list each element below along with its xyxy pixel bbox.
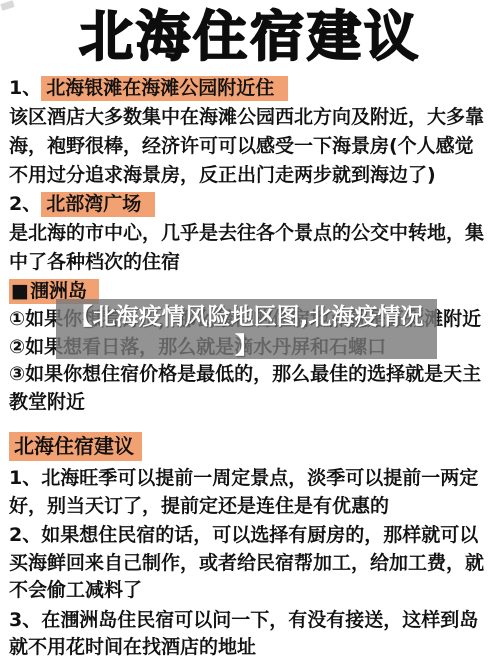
item1-heading-line: 1、北海银滩在海滩公园附近住 [9, 74, 491, 103]
booking-tip-1: 1、北海旺季可以提前一周定景点，淡季可以提前一两定好，别当天订了，提前定还是连住… [9, 465, 491, 520]
accommodation-notes: 1、北海银滩在海滩公园附近住 该区酒店大多数集中在海滩公园西北方向及附近，大多靠… [0, 68, 500, 416]
weizhou-tip-cheap: ③如果你想住宿价格是最低的，那么最佳的选择就是天主教堂附近 [9, 361, 491, 416]
weizhou-tips: ①如果你想看日出，那么最佳的住宿地点就是五彩滩附近 ②如果想看日落，那么就是滴水… [9, 306, 491, 416]
booking-tips-section: 北海住宿建议 1、北海旺季可以提前一周定景点，淡季可以提前一两定好，别当天订了，… [0, 432, 500, 662]
item1-number: 1、 [9, 77, 41, 99]
item1-heading-highlight: 北海银滩在海滩公园附近住 [41, 76, 288, 101]
weizhou-heading-highlight: ■涠洲岛 [9, 279, 99, 304]
item1-body: 该区酒店大多数集中在海滩公园西北方向及附近，大多靠海，袍野很棒，经济许可可以感受… [9, 103, 491, 190]
note-page: 北海住宿建议 1、北海银滩在海滩公园附近住 该区酒店大多数集中在海滩公园西北方向… [0, 0, 500, 666]
booking-tip-2: 2、如果想住民宿的话，可以选择有厨房的，那样就可以买海鲜回来自己制作，或者给民宿… [9, 522, 491, 605]
page-title: 北海住宿建议 [0, 6, 500, 68]
square-bullet-icon: ■ [11, 280, 29, 302]
weizhou-heading-line: ■涠洲岛 [9, 277, 491, 306]
item2-heading-line: 2、北部湾广场 [9, 190, 491, 219]
item2-number: 2、 [9, 193, 41, 215]
weizhou-tip-sunset: ②如果想看日落，那么就是滴水丹屏和石螺口 [9, 334, 491, 362]
item2-heading-highlight: 北部湾广场 [41, 192, 155, 217]
item2-body: 是北海的市中心，几乎是去往各个景点的公交中转地，集中了各种档次的住宿 [9, 219, 491, 277]
booking-tip-3: 3、在涠洲岛住民宿可以问一下，有没有接送，这样到岛就不用花时间在找酒店的地址 [9, 607, 491, 662]
weizhou-heading-text: 涠洲岛 [30, 280, 87, 302]
weizhou-tip-sunrise: ①如果你想看日出，那么最佳的住宿地点就是五彩滩附近 [9, 306, 491, 334]
booking-heading-line: 北海住宿建议 [9, 432, 491, 462]
booking-heading-highlight: 北海住宿建议 [9, 432, 142, 461]
